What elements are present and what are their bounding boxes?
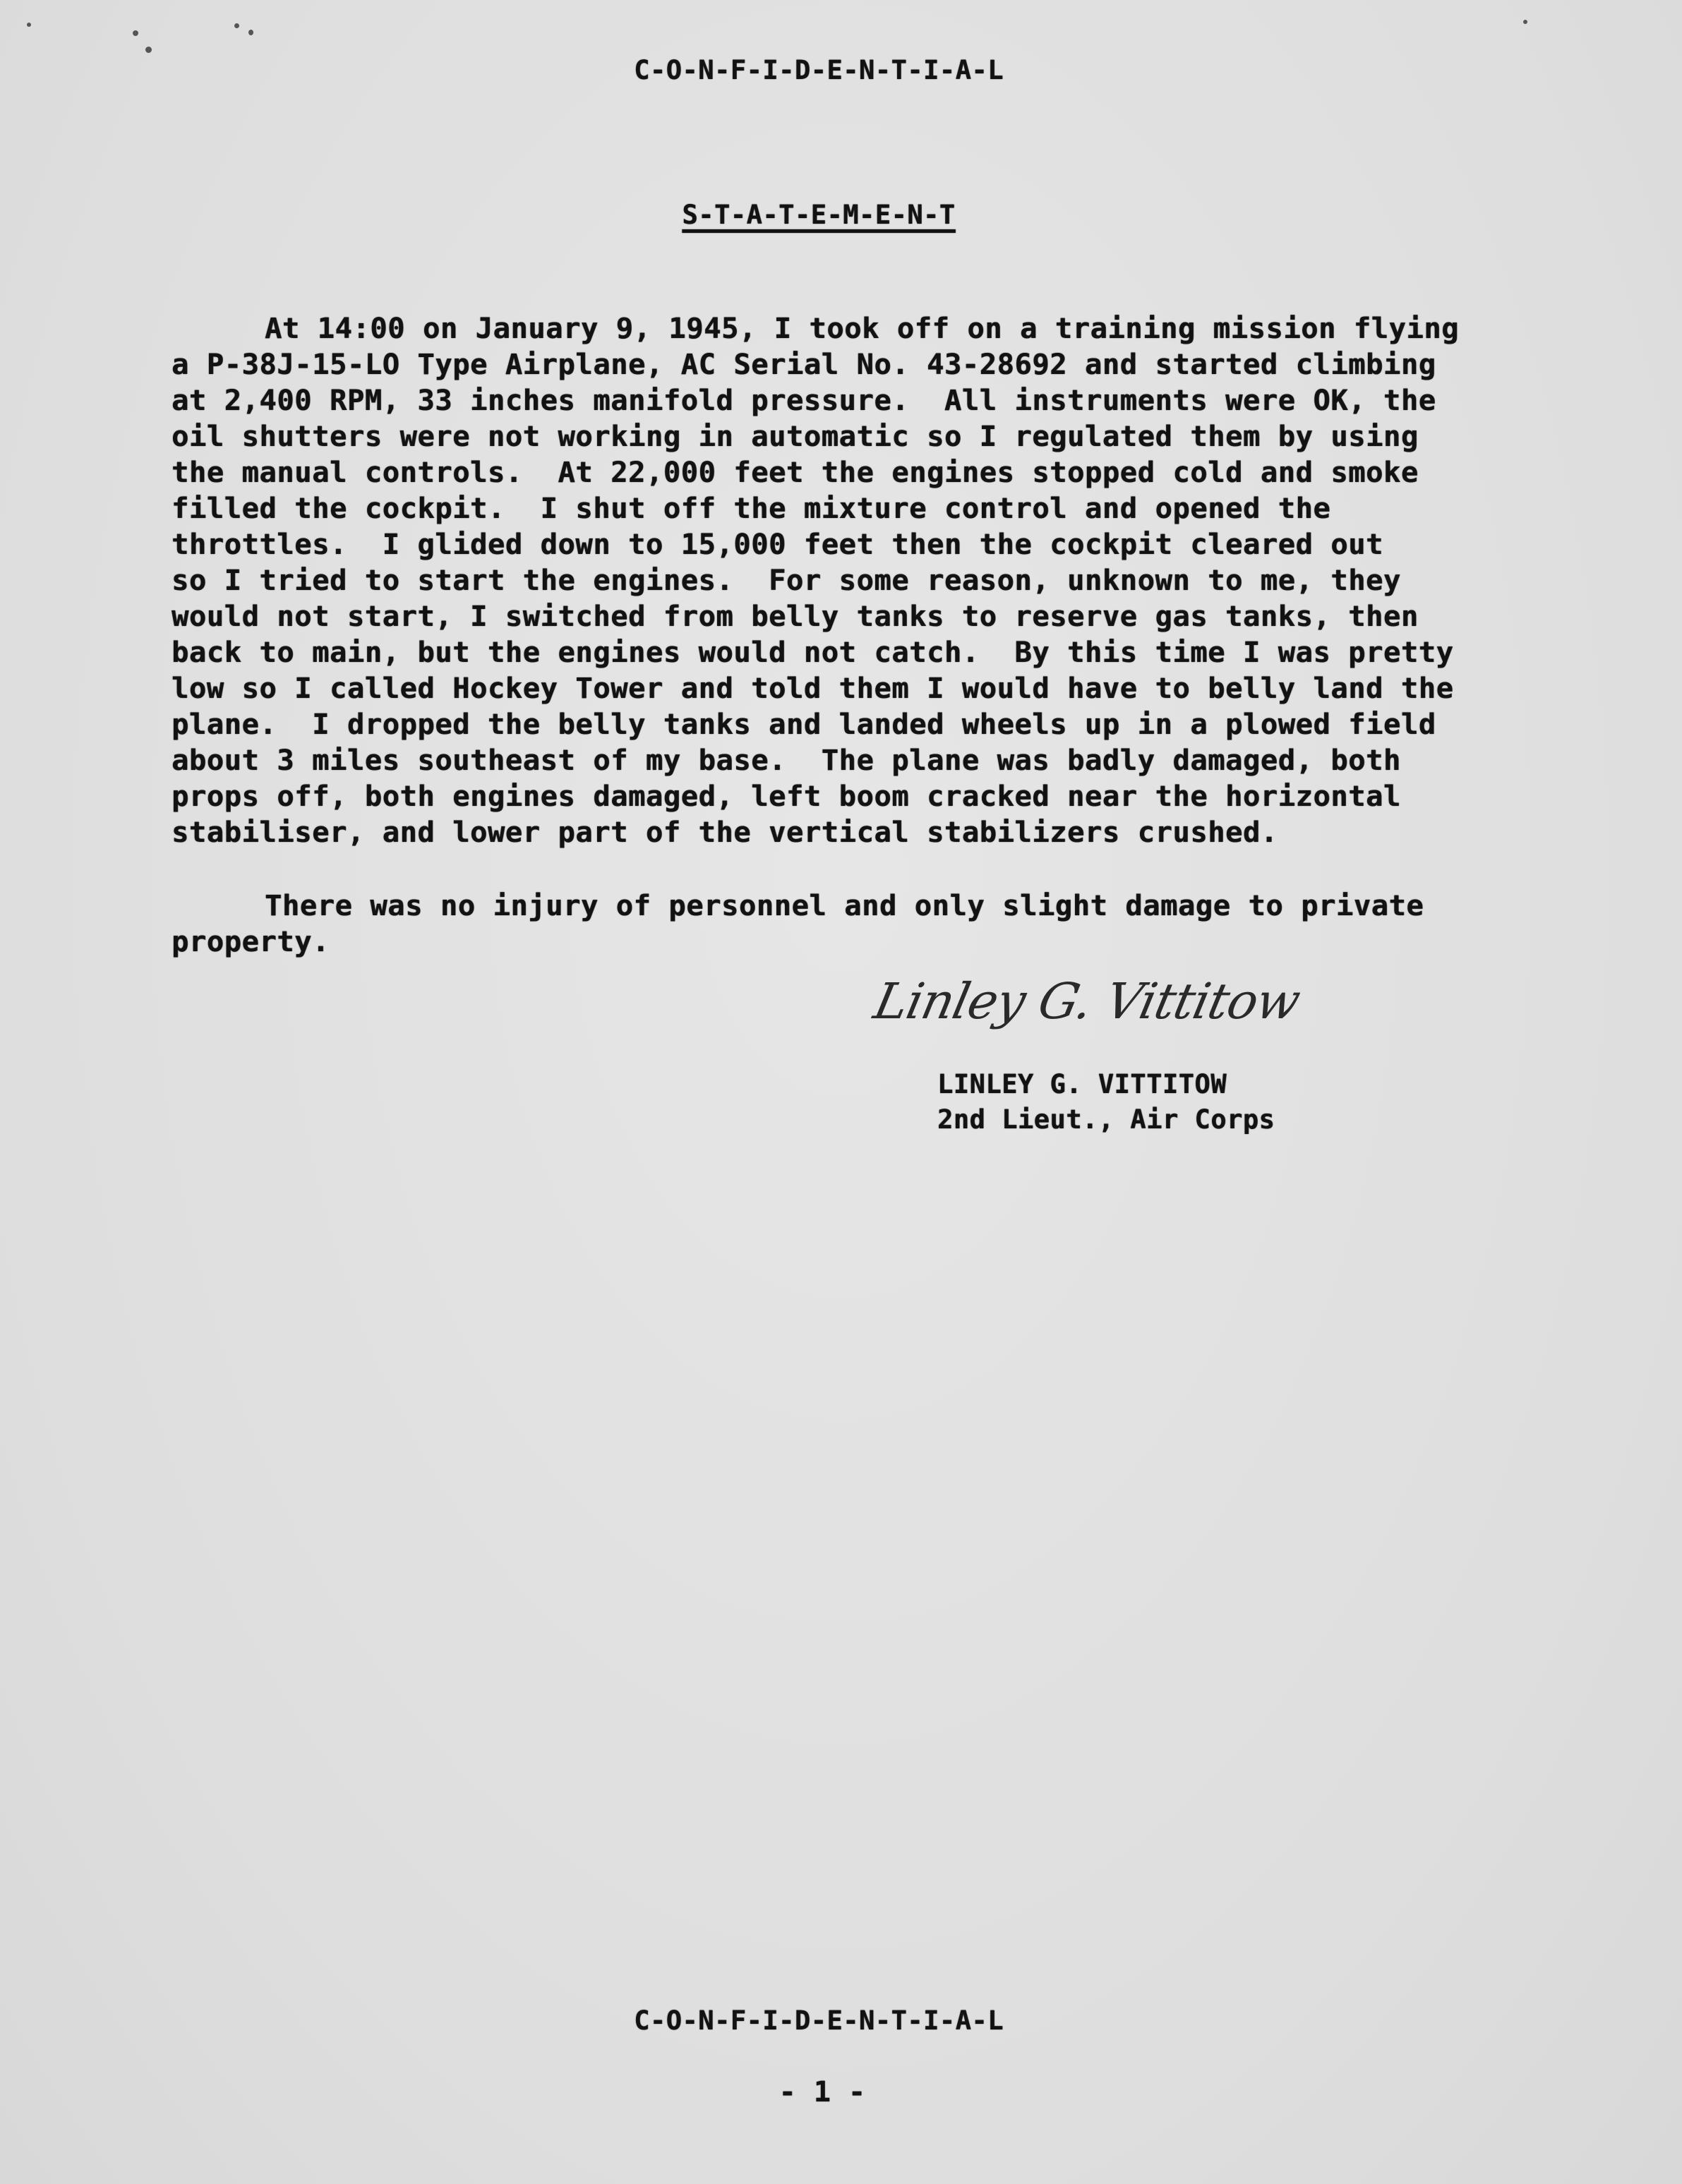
body-line: back to main, but the engines would not … [172,634,1491,670]
body-line: oil shutters were not working in automat… [172,418,1491,454]
body-line: would not start, I switched from belly t… [172,598,1491,634]
statement-paragraph-1: At 14:00 on January 9, 1945, I took off … [172,310,1491,850]
body-line: plane. I dropped the belly tanks and lan… [172,706,1491,742]
body-line: property. [172,924,1491,960]
statement-paragraph-2: There was no injury of personnel and onl… [172,888,1491,960]
title-text: S-T-A-T-E-M-E-N-T [682,200,955,230]
scan-speck [248,30,253,35]
body-line: at 2,400 RPM, 33 inches manifold pressur… [172,382,1491,418]
scan-speck [145,47,152,53]
signer-rank: 2nd Lieut., Air Corps [937,1102,1275,1138]
scan-speck [1523,20,1527,24]
body-line: props off, both engines damaged, left bo… [172,778,1491,814]
body-line: stabiliser, and lower part of the vertic… [172,814,1491,850]
signer-name: LINLEY G. VITTITOW [937,1067,1275,1102]
body-line: filled the cockpit. I shut off the mixtu… [172,490,1491,526]
body-line: There was no injury of personnel and onl… [172,888,1491,924]
scan-speck [27,23,31,27]
body-line: At 14:00 on January 9, 1945, I took off … [172,310,1491,346]
page-number: - 1 - [0,2076,1645,2108]
document-title: S-T-A-T-E-M-E-N-T [0,200,1638,230]
classification-header: C-O-N-F-I-D-E-N-T-I-A-L [0,55,1638,85]
scan-speck [234,23,239,28]
document-page: C-O-N-F-I-D-E-N-T-I-A-L S-T-A-T-E-M-E-N-… [0,0,1682,2184]
body-line: the manual controls. At 22,000 feet the … [172,454,1491,490]
body-line: about 3 miles southeast of my base. The … [172,742,1491,778]
body-line: throttles. I glided down to 15,000 feet … [172,526,1491,562]
body-line: low so I called Hockey Tower and told th… [172,670,1491,706]
signature-block: LINLEY G. VITTITOW 2nd Lieut., Air Corps [937,1067,1275,1138]
body-line: so I tried to start the engines. For som… [172,562,1491,598]
scan-speck [133,30,138,36]
body-line: a P-38J-15-LO Type Airplane, AC Serial N… [172,346,1491,382]
classification-footer: C-O-N-F-I-D-E-N-T-I-A-L [0,2005,1638,2036]
handwritten-signature: Linley G. Vittitow [869,972,1304,1030]
